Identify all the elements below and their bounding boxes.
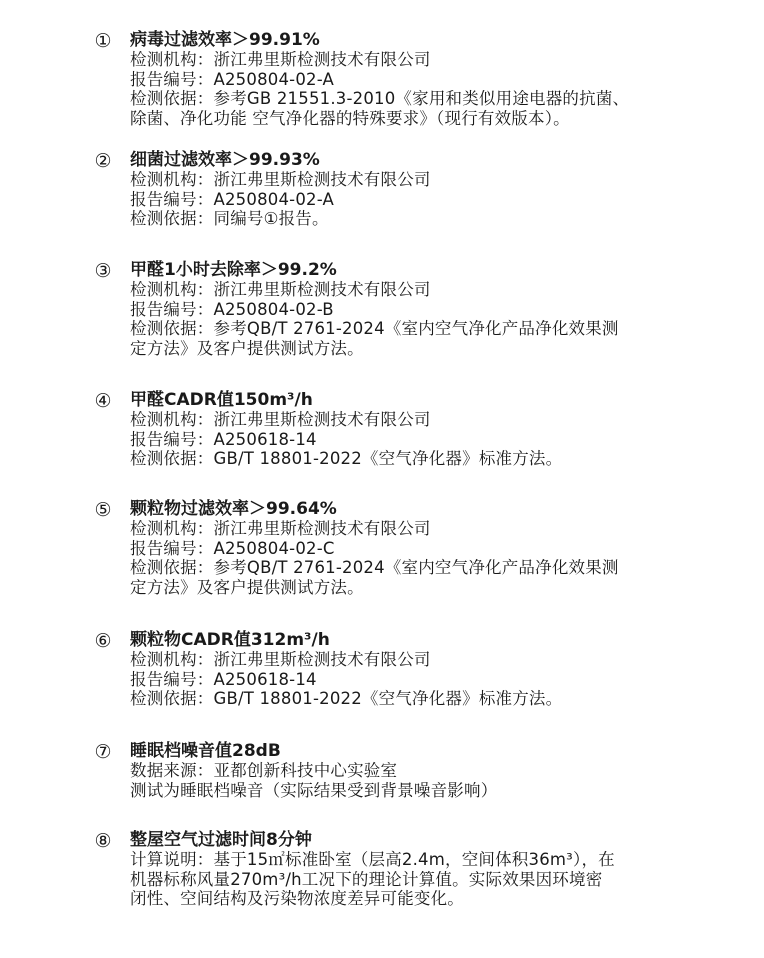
circled-number-3: ③: [92, 260, 114, 282]
spec-title: 甲醛1小时去除率＞99.2%: [130, 260, 730, 280]
spec-title: 睡眠档噪音值28dB: [130, 741, 730, 761]
test-basis: 检测依据：同编号①报告。: [130, 209, 730, 229]
test-basis: 检测依据：GB/T 18801-2022《空气净化器》标准方法。: [130, 449, 730, 469]
report-number: 报告编号：A250804-02-B: [130, 300, 730, 320]
spec-item-body: 细菌过滤效率＞99.93% 检测机构：浙江弗里斯检测技术有限公司 报告编号：A2…: [130, 150, 730, 229]
spec-title: 颗粒物CADR值312m³/h: [130, 630, 730, 650]
data-source: 数据来源：亚都创新科技中心实验室: [130, 761, 730, 781]
spec-item-body: 病毒过滤效率＞99.91% 检测机构：浙江弗里斯检测技术有限公司 报告编号：A2…: [130, 30, 730, 128]
circled-number-8: ⑧: [92, 830, 114, 852]
spec-item-body: 颗粒物过滤效率＞99.64% 检测机构：浙江弗里斯检测技术有限公司 报告编号：A…: [130, 499, 730, 597]
circled-number-1: ①: [92, 30, 114, 52]
circled-number-4: ④: [92, 390, 114, 412]
test-agency: 检测机构：浙江弗里斯检测技术有限公司: [130, 650, 730, 670]
spec-title: 细菌过滤效率＞99.93%: [130, 150, 730, 170]
test-basis: 检测依据：参考QB/T 2761-2024《室内空气净化产品净化效果测: [130, 319, 730, 339]
test-basis: 检测依据：GB/T 18801-2022《空气净化器》标准方法。: [130, 689, 730, 709]
spec-item-body: 甲醛1小时去除率＞99.2% 检测机构：浙江弗里斯检测技术有限公司 报告编号：A…: [130, 260, 730, 358]
report-number: 报告编号：A250804-02-A: [130, 190, 730, 210]
spec-item-body: 颗粒物CADR值312m³/h 检测机构：浙江弗里斯检测技术有限公司 报告编号：…: [130, 630, 730, 709]
report-number: 报告编号：A250618-14: [130, 430, 730, 450]
test-agency: 检测机构：浙江弗里斯检测技术有限公司: [130, 519, 730, 539]
test-agency: 检测机构：浙江弗里斯检测技术有限公司: [130, 410, 730, 430]
circled-number-7: ⑦: [92, 741, 114, 763]
report-number: 报告编号：A250804-02-A: [130, 70, 730, 90]
test-agency: 检测机构：浙江弗里斯检测技术有限公司: [130, 50, 730, 70]
circled-number-6: ⑥: [92, 630, 114, 652]
report-number: 报告编号：A250618-14: [130, 670, 730, 690]
test-basis-continued: 除菌、净化功能 空气净化器的特殊要求》（现行有效版本）。: [130, 109, 730, 129]
report-number: 报告编号：A250804-02-C: [130, 539, 730, 559]
spec-title: 甲醛CADR值150m³/h: [130, 390, 730, 410]
circled-number-2: ②: [92, 150, 114, 172]
test-basis-continued: 定方法》及客户提供测试方法。: [130, 339, 730, 359]
spec-title: 病毒过滤效率＞99.91%: [130, 30, 730, 50]
test-basis: 检测依据：参考GB 21551.3-2010《家用和类似用途电器的抗菌、: [130, 89, 730, 109]
test-agency: 检测机构：浙江弗里斯检测技术有限公司: [130, 170, 730, 190]
calculation-note: 计算说明：基于15㎡标准卧室（层高2.4m，空间体积36m³），在: [130, 850, 730, 870]
spec-title: 颗粒物过滤效率＞99.64%: [130, 499, 730, 519]
spec-item-body: 整屋空气过滤时间8分钟 计算说明：基于15㎡标准卧室（层高2.4m，空间体积36…: [130, 830, 730, 909]
test-note: 测试为睡眠档噪音（实际结果受到背景噪音影响）: [130, 781, 730, 801]
spec-item-body: 甲醛CADR值150m³/h 检测机构：浙江弗里斯检测技术有限公司 报告编号：A…: [130, 390, 730, 469]
circled-number-5: ⑤: [92, 499, 114, 521]
test-basis-continued: 定方法》及客户提供测试方法。: [130, 578, 730, 598]
test-basis: 检测依据：参考QB/T 2761-2024《室内空气净化产品净化效果测: [130, 558, 730, 578]
calculation-note-continued: 机器标称风量270m³/h工况下的理论计算值。实际效果因环境密: [130, 870, 730, 890]
calculation-note-continued: 闭性、空间结构及污染物浓度差异可能变化。: [130, 889, 730, 909]
test-agency: 检测机构：浙江弗里斯检测技术有限公司: [130, 280, 730, 300]
spec-item-body: 睡眠档噪音值28dB 数据来源：亚都创新科技中心实验室 测试为睡眠档噪音（实际结…: [130, 741, 730, 800]
spec-title: 整屋空气过滤时间8分钟: [130, 830, 730, 850]
